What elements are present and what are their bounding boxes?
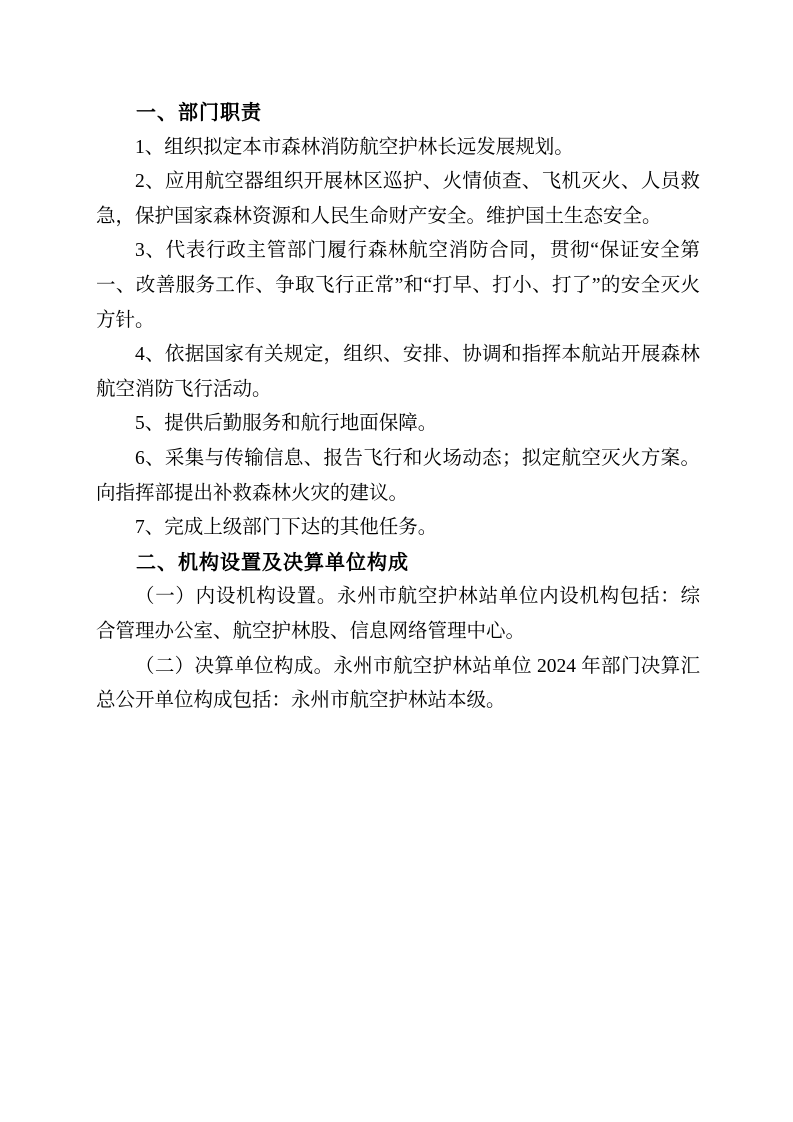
paragraph-budget-unit-composition: （二）决算单位构成。永州市航空护林站单位 2024 年部门决算汇总公开单位构成包… — [96, 650, 700, 719]
paragraph-duty-6: 6、采集与传输信息、报告飞行和火场动态；拟定航空灭火方案。向指挥部提出补救森林火… — [96, 442, 700, 511]
paragraph-internal-structure: （一）内设机构设置。永州市航空护林站单位内设机构包括：综合管理办公室、航空护林股… — [96, 580, 700, 649]
section-department-duties: 一、部门职责 1、组织拟定本市森林消防航空护林长远发展规划。 2、应用航空器组织… — [96, 96, 700, 546]
paragraph-duty-2: 2、应用航空器组织开展林区巡护、火情侦查、飞机灭火、人员救急，保护国家森林资源和… — [96, 165, 700, 234]
paragraph-duty-7: 7、完成上级部门下达的其他任务。 — [96, 511, 700, 546]
paragraph-duty-3: 3、代表行政主管部门履行森林航空消防合同，贯彻“保证安全第一、改善服务工作、争取… — [96, 234, 700, 338]
paragraph-duty-1: 1、组织拟定本市森林消防航空护林长远发展规划。 — [96, 131, 700, 166]
paragraph-duty-5: 5、提供后勤服务和航行地面保障。 — [96, 407, 700, 442]
section-organization-structure: 二、机构设置及决算单位构成 （一）内设机构设置。永州市航空护林站单位内设机构包括… — [96, 546, 700, 719]
document-content: 一、部门职责 1、组织拟定本市森林消防航空护林长远发展规划。 2、应用航空器组织… — [96, 96, 700, 719]
section-heading-organization-structure: 二、机构设置及决算单位构成 — [96, 546, 700, 581]
document-page: 一、部门职责 1、组织拟定本市森林消防航空护林长远发展规划。 2、应用航空器组织… — [0, 0, 793, 1122]
paragraph-duty-4: 4、依据国家有关规定，组织、安排、协调和指挥本航站开展森林航空消防飞行活动。 — [96, 338, 700, 407]
section-heading-department-duties: 一、部门职责 — [96, 96, 700, 131]
